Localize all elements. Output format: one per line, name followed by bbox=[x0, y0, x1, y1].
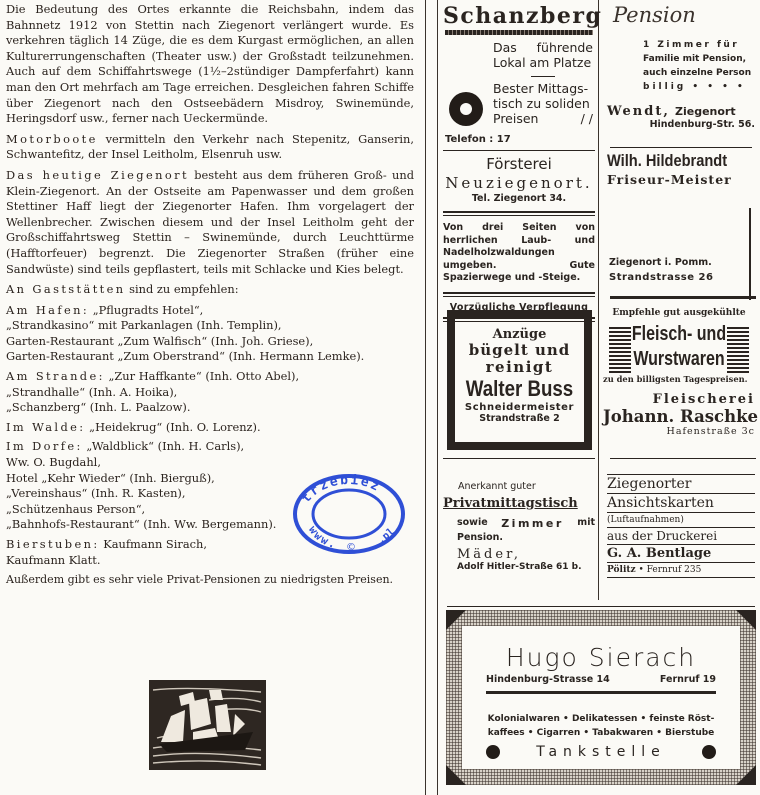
recommend-heading: An Gaststätten sind zu empfehlen: bbox=[6, 282, 414, 298]
ad-walter-buss: Anzüge bügelt und reinigt Walter Buss Sc… bbox=[447, 310, 592, 450]
ad-bentlage: Ziegenorter Ansichtskarten (Luftaufnahme… bbox=[607, 474, 755, 594]
decorative-bar bbox=[445, 30, 593, 35]
list-strande: Am Strande: „Zur Haffkante“ (Inh. Otto A… bbox=[6, 369, 414, 416]
schanzberg-phone: Telefon : 17 bbox=[445, 134, 511, 145]
paragraph-today: Das heutige Ziegenort besteht aus dem fr… bbox=[6, 168, 414, 277]
ad-schanzberg: Schanzberg Das führende Lokal am Platze … bbox=[443, 2, 595, 150]
column-divider bbox=[437, 0, 438, 795]
column-divider bbox=[425, 0, 426, 795]
dot-icon bbox=[702, 745, 716, 759]
closing-line: Außerdem gibt es sehr viele Privat-Pensi… bbox=[6, 572, 414, 588]
paragraph-motorboats: Motorboote vermitteln den Verkehr nach S… bbox=[6, 132, 414, 163]
ad-foersterei: Försterei Neuziegenort. Tel. Ziegenort 3… bbox=[443, 150, 595, 300]
divider bbox=[531, 76, 555, 77]
copyright-icon: © bbox=[346, 542, 356, 553]
list-walde: Im Walde: „Heidekrug“ (Inh. O. Lorenz). bbox=[6, 420, 414, 436]
dot-icon bbox=[486, 745, 500, 759]
column-divider bbox=[598, 0, 599, 600]
ad-maeder: Anerkannt guter Privatmittagstisch sowie… bbox=[443, 470, 595, 600]
disc-icon bbox=[449, 92, 483, 126]
ad-pension-wendt: Pension 1 Zimmer für Familie mit Pension… bbox=[603, 2, 755, 145]
newspaper-page: Die Bedeutung des Ortes erkannte die Rei… bbox=[0, 0, 760, 795]
frame-rule bbox=[749, 208, 751, 300]
ad-raschke: Empfehle gut ausgekühlte Fleisch- und Wu… bbox=[603, 300, 755, 460]
watermark-stamp: trzebiez www. © .pl bbox=[293, 474, 405, 554]
sailing-ship-woodcut-icon bbox=[149, 680, 266, 770]
ad-hugo-sierach: Hugo Sierach Hindenburg-Strasse 14 Fernr… bbox=[446, 610, 756, 785]
list-hafen: Am Hafen: „Pflugradts Hotel“, „Strandkas… bbox=[6, 303, 414, 365]
ad-hildebrandt: Wilh. Hildebrandt Friseur-Meister Ziegen… bbox=[603, 150, 755, 295]
paragraph-railway: Die Bedeutung des Ortes erkannte die Rei… bbox=[6, 2, 414, 127]
schanzberg-title: Schanzberg bbox=[443, 2, 595, 30]
